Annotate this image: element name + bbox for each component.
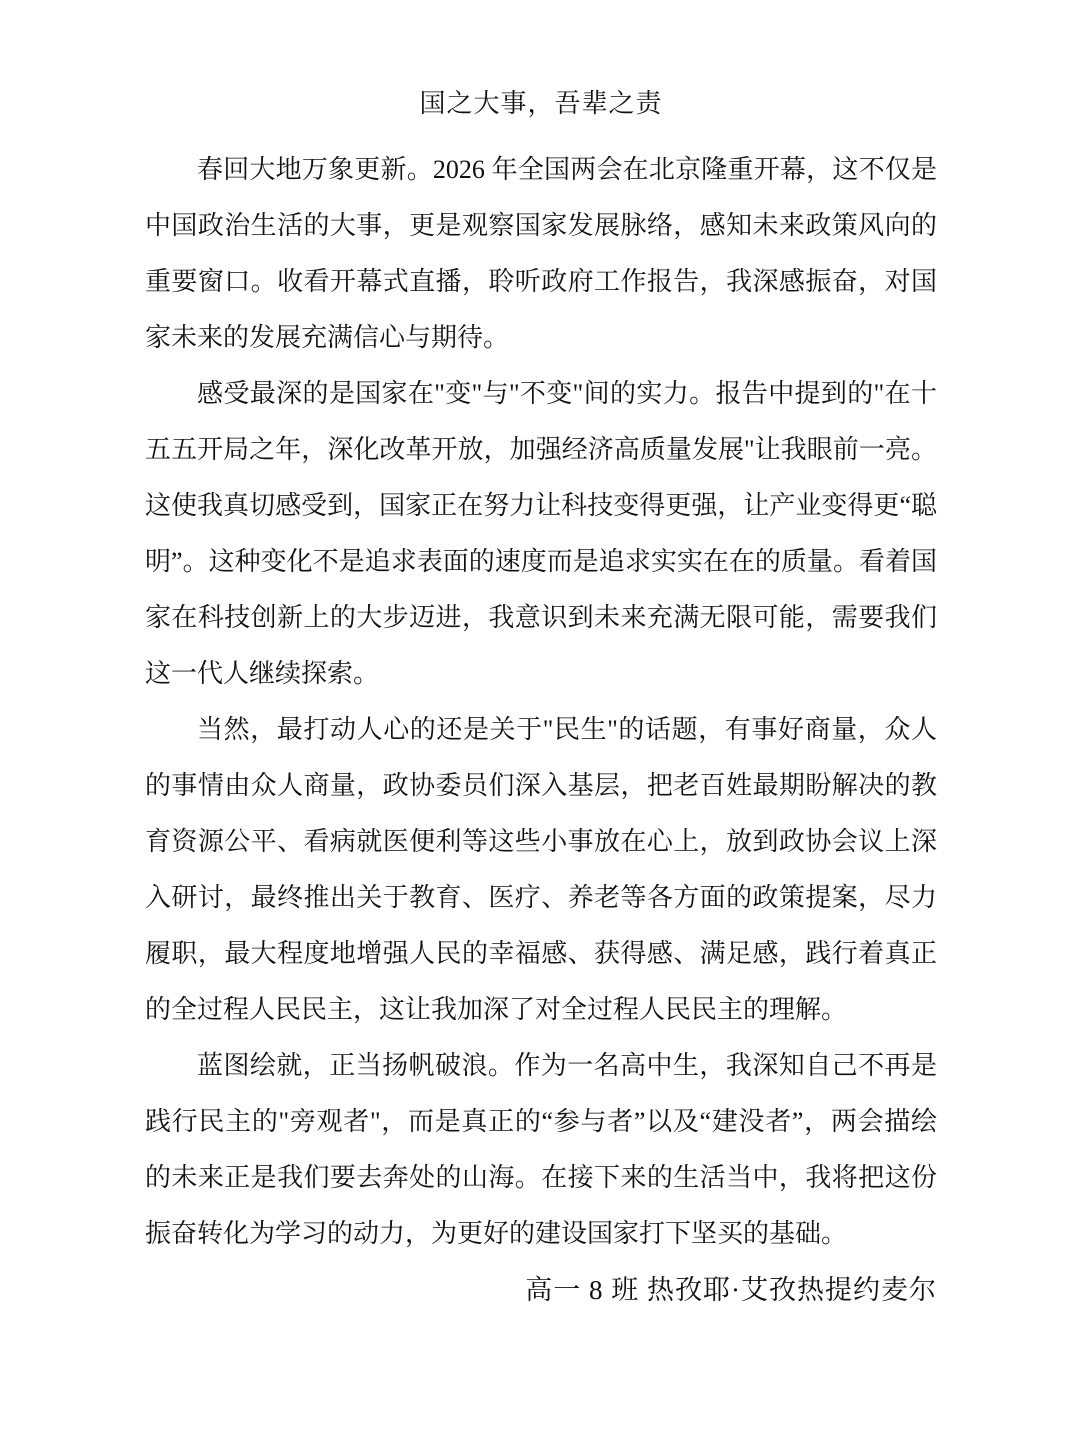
paragraph: 蓝图绘就，正当扬帆破浪。作为一名高中生，我深知自己不再是践行民主的"旁观者"，而… xyxy=(145,1038,937,1262)
document-title: 国之大事，吾辈之责 xyxy=(145,84,937,124)
paragraph: 感受最深的是国家在"变"与"不变"间的实力。报告中提到的"在十五五开局之年，深化… xyxy=(145,366,937,702)
paragraph: 春回大地万象更新。2026 年全国两会在北京隆重开幕，这不仅是中国政治生活的大事… xyxy=(145,142,937,366)
paragraph: 当然，最打动人心的还是关于"民生"的话题，有事好商量，众人的事情由众人商量，政协… xyxy=(145,702,937,1038)
document-page: 国之大事，吾辈之责 春回大地万象更新。2026 年全国两会在北京隆重开幕，这不仅… xyxy=(0,0,1080,1431)
document-body: 春回大地万象更新。2026 年全国两会在北京隆重开幕，这不仅是中国政治生活的大事… xyxy=(145,142,937,1262)
signature-line: 高一 8 班 热孜耶·艾孜热提约麦尔 xyxy=(145,1262,937,1318)
